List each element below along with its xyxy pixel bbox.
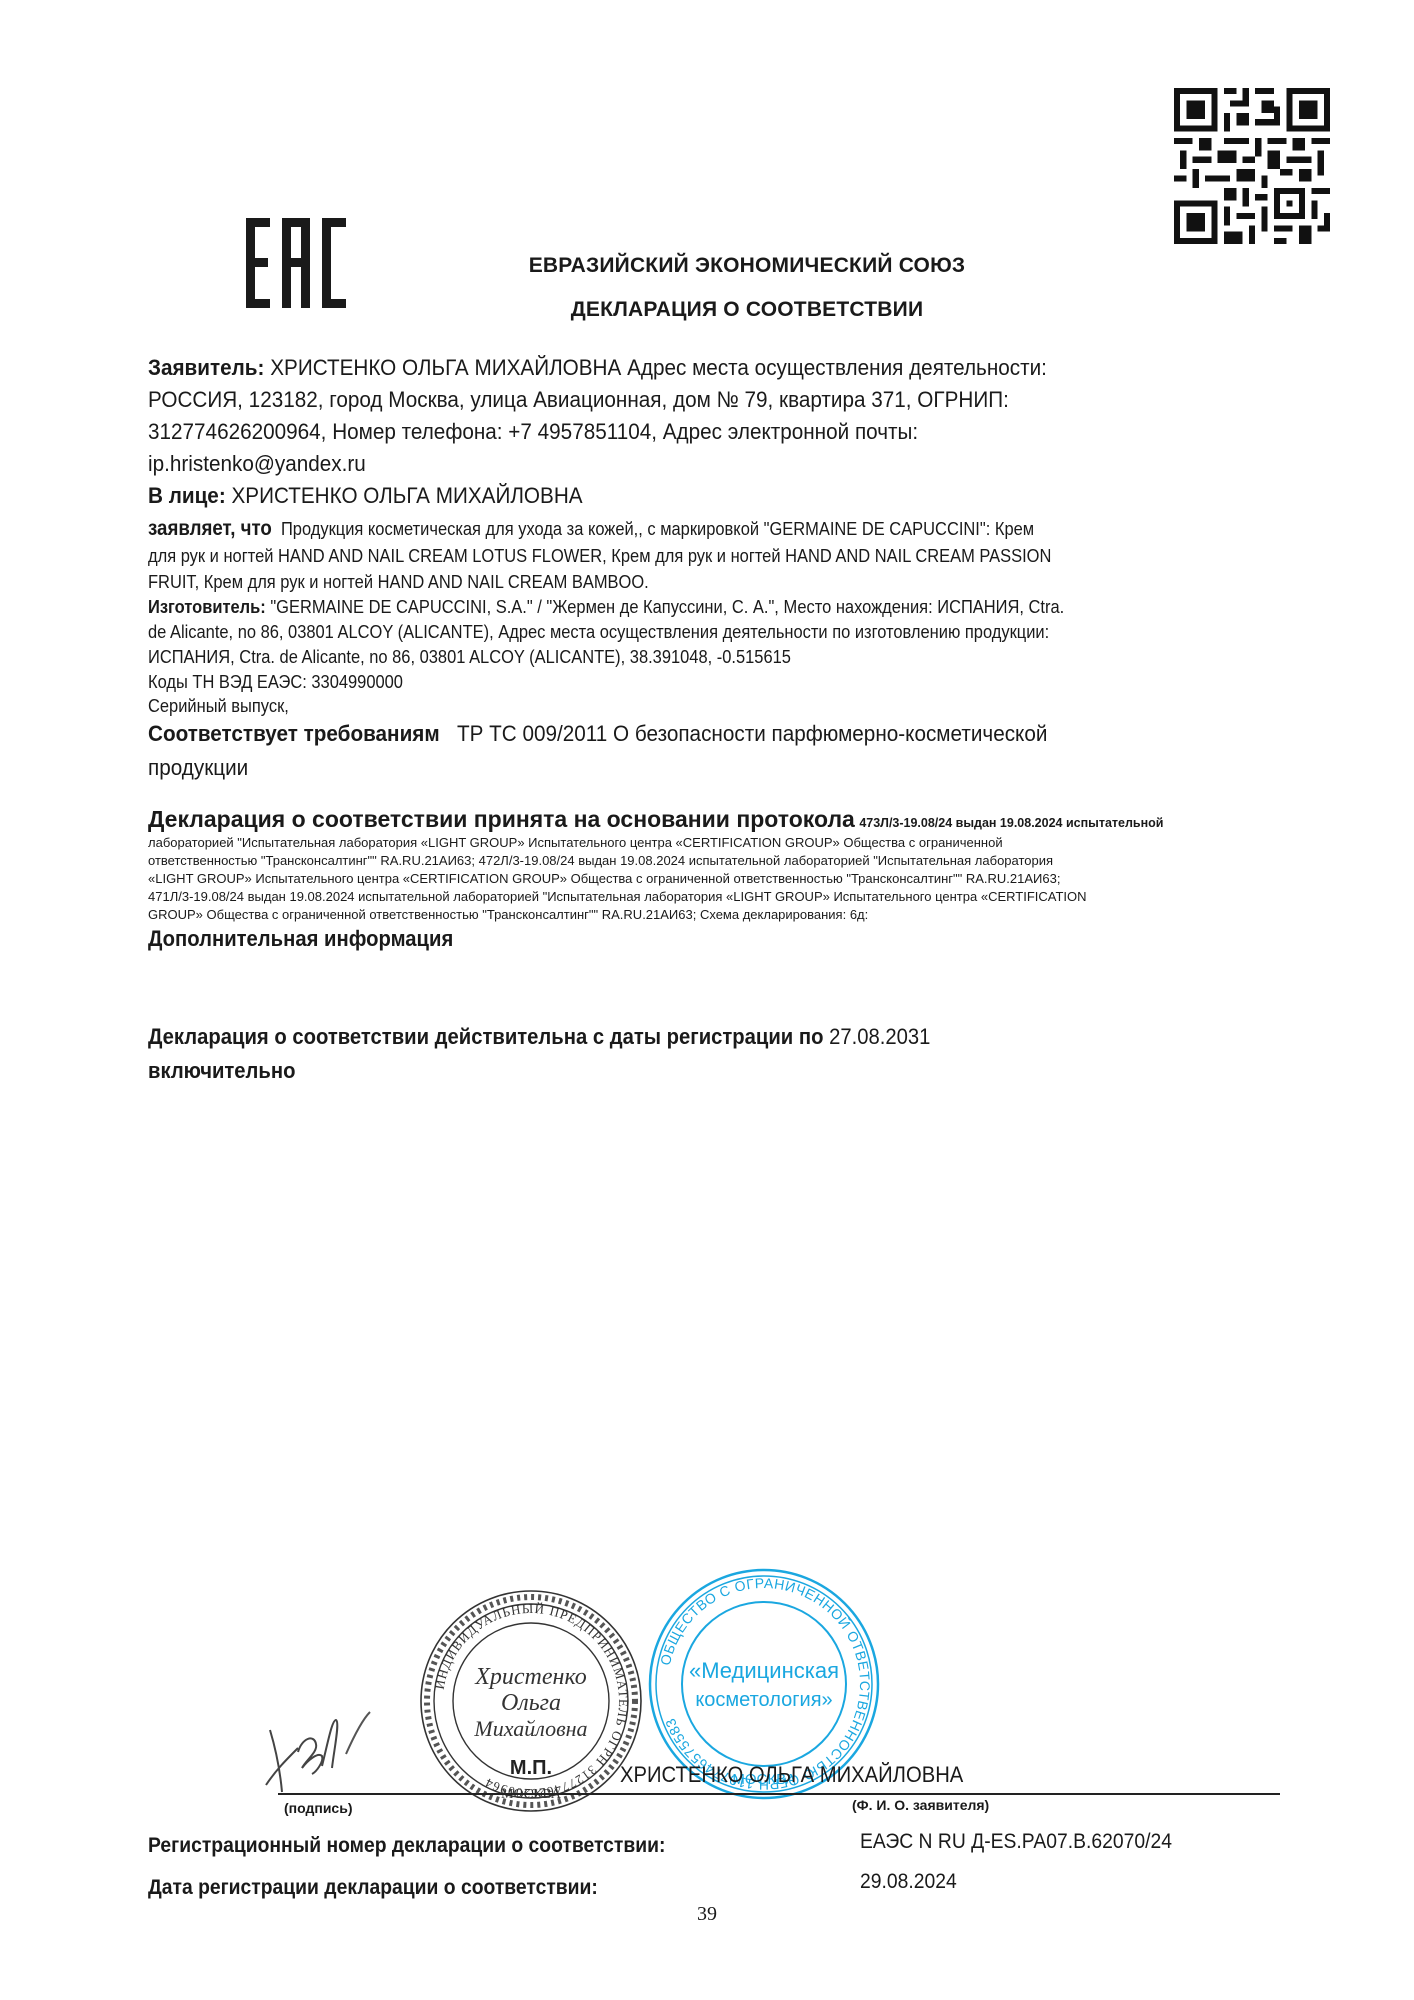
registration-number-label: Регистрационный номер декларации о соотв…	[148, 1834, 710, 1858]
applicant-line-1: Заявитель: ХРИСТЕНКО ОЛЬГА МИХАЙЛОВНА Ад…	[148, 352, 1125, 384]
requirements-line-1: Соответствует требованиям ТР ТС 009/2011…	[148, 718, 1126, 750]
represented-value: ХРИСТЕНКО ОЛЬГА МИХАЙЛОВНА	[231, 483, 582, 508]
declares-line-3: FRUIT, Крем для рук и ногтей HAND AND NA…	[148, 570, 711, 594]
requirements-label: Соответствует требованиям	[148, 721, 440, 746]
svg-text:Михайловна: Михайловна	[473, 1716, 587, 1741]
basis-line-3: ответственностью "Трансконсалтинг"" RA.R…	[148, 852, 1053, 870]
applicant-line-3: 312774626200964, Номер телефона: +7 4957…	[148, 416, 985, 448]
validity-line-1: Декларация о соответствии действительна …	[148, 1024, 998, 1050]
manufacturer-line-1: Изготовитель: "GERMAINE DE CAPUCCINI, S.…	[148, 595, 1177, 619]
manufacturer-line-3: ИСПАНИЯ, Ctra. de Alicante, no 86, 03801…	[148, 645, 870, 669]
validity-label: Декларация о соответствии действительна …	[148, 1024, 823, 1049]
basis-line-1: Декларация о соответствии принята на осн…	[148, 806, 1163, 833]
represented-by: В лице: ХРИСТЕНКО ОЛЬГА МИХАЙЛОВНА	[148, 480, 620, 512]
validity-line-2: включительно	[148, 1058, 308, 1084]
basis-protocol-1: 473Л/3-19.08/24 выдан 19.08.2024 испытат…	[859, 816, 1163, 830]
svg-text:«Медицинская: «Медицинская	[689, 1658, 839, 1683]
registration-date-label: Дата регистрации декларации о соответств…	[148, 1876, 637, 1900]
basis-label: Декларация о соответствии принята на осн…	[148, 806, 855, 832]
basis-line-5: 471Л/3-19.08/24 выдан 19.08.2024 испытат…	[148, 888, 1087, 906]
declares-line-2: для рук и ногтей HAND AND NAIL CREAM LOT…	[148, 544, 1163, 568]
svg-text:ОБЩЕСТВО С ОГРАНИЧЕННОЙ ОТВЕТС: ОБЩЕСТВО С ОГРАНИЧЕННОЙ ОТВЕТСТВЕННОСТЬЮ…	[657, 1575, 873, 1793]
signature-line	[278, 1793, 1280, 1795]
signatory-name: ХРИСТЕНКО ОЛЬГА МИХАЙЛОВНА	[620, 1762, 993, 1788]
qr-code-icon	[1174, 88, 1330, 244]
applicant-label: Заявитель:	[148, 355, 264, 380]
declares-label: заявляет, что	[148, 517, 272, 540]
represented-label: В лице:	[148, 483, 226, 508]
svg-text:Ольга: Ольга	[501, 1690, 561, 1716]
manufacturer-line-2: de Alicante, no 86, 03801 ALCOY (ALICANT…	[148, 620, 1161, 644]
serial-release: Серийный выпуск,	[148, 694, 306, 718]
applicant-line-2: РОССИЯ, 123182, город Москва, улица Авиа…	[148, 384, 1084, 416]
name-caption: (Ф. И. О. заявителя)	[852, 1797, 989, 1813]
manufacturer-label: Изготовитель:	[148, 596, 266, 617]
union-heading: ЕВРАЗИЙСКИЙ ЭКОНОМИЧЕСКИЙ СОЮЗ	[0, 254, 1414, 278]
signature-icon	[262, 1690, 372, 1800]
additional-info: Дополнительная информация	[148, 926, 480, 952]
mp-label: М.П.	[510, 1757, 552, 1779]
basis-line-6: GROUP» Общества с ограниченной ответстве…	[148, 906, 868, 924]
page-number: 39	[0, 1903, 1414, 1926]
stamp-entrepreneur: ИНДИВИДУАЛЬНЫЙ ПРЕДПРИНИМАТЕЛЬ ОГРН 3127…	[418, 1588, 644, 1814]
declares-line-1: заявляет, что Продукция косметическая дл…	[148, 517, 1144, 541]
declares-text: Продукция косметическая для ухода за кож…	[281, 518, 1034, 539]
registration-date-value: 29.08.2024	[860, 1870, 965, 1894]
basis-line-4: «LIGHT GROUP» Испытательного центра «CER…	[148, 870, 1060, 888]
manufacturer-text: "GERMAINE DE CAPUCCINI, S.A." / "Жермен …	[270, 596, 1064, 617]
tn-ved-code: Коды ТН ВЭД ЕАЭС: 3304990000	[148, 670, 434, 694]
svg-text:Христенко: Христенко	[474, 1664, 587, 1690]
applicant-text: ХРИСТЕНКО ОЛЬГА МИХАЙЛОВНА Адрес места о…	[270, 355, 1047, 380]
document-title: ДЕКЛАРАЦИЯ О СООТВЕТСТВИИ	[0, 298, 1414, 322]
registration-number-value: ЕАЭС N RU Д-ES.РА07.В.62070/24	[860, 1830, 1199, 1854]
basis-line-2: лабораторией "Испытательная лаборатория …	[148, 834, 1003, 852]
requirements-line-2: продукции	[148, 752, 257, 784]
requirements-text: ТР ТС 009/2011 О безопасности парфюмерно…	[457, 721, 1047, 746]
svg-text:косметология»: косметология»	[695, 1689, 832, 1711]
validity-date: 27.08.2031	[829, 1024, 930, 1049]
signature-caption: (подпись)	[284, 1800, 353, 1816]
applicant-email: ip.hristenko@yandex.ru	[148, 448, 385, 480]
